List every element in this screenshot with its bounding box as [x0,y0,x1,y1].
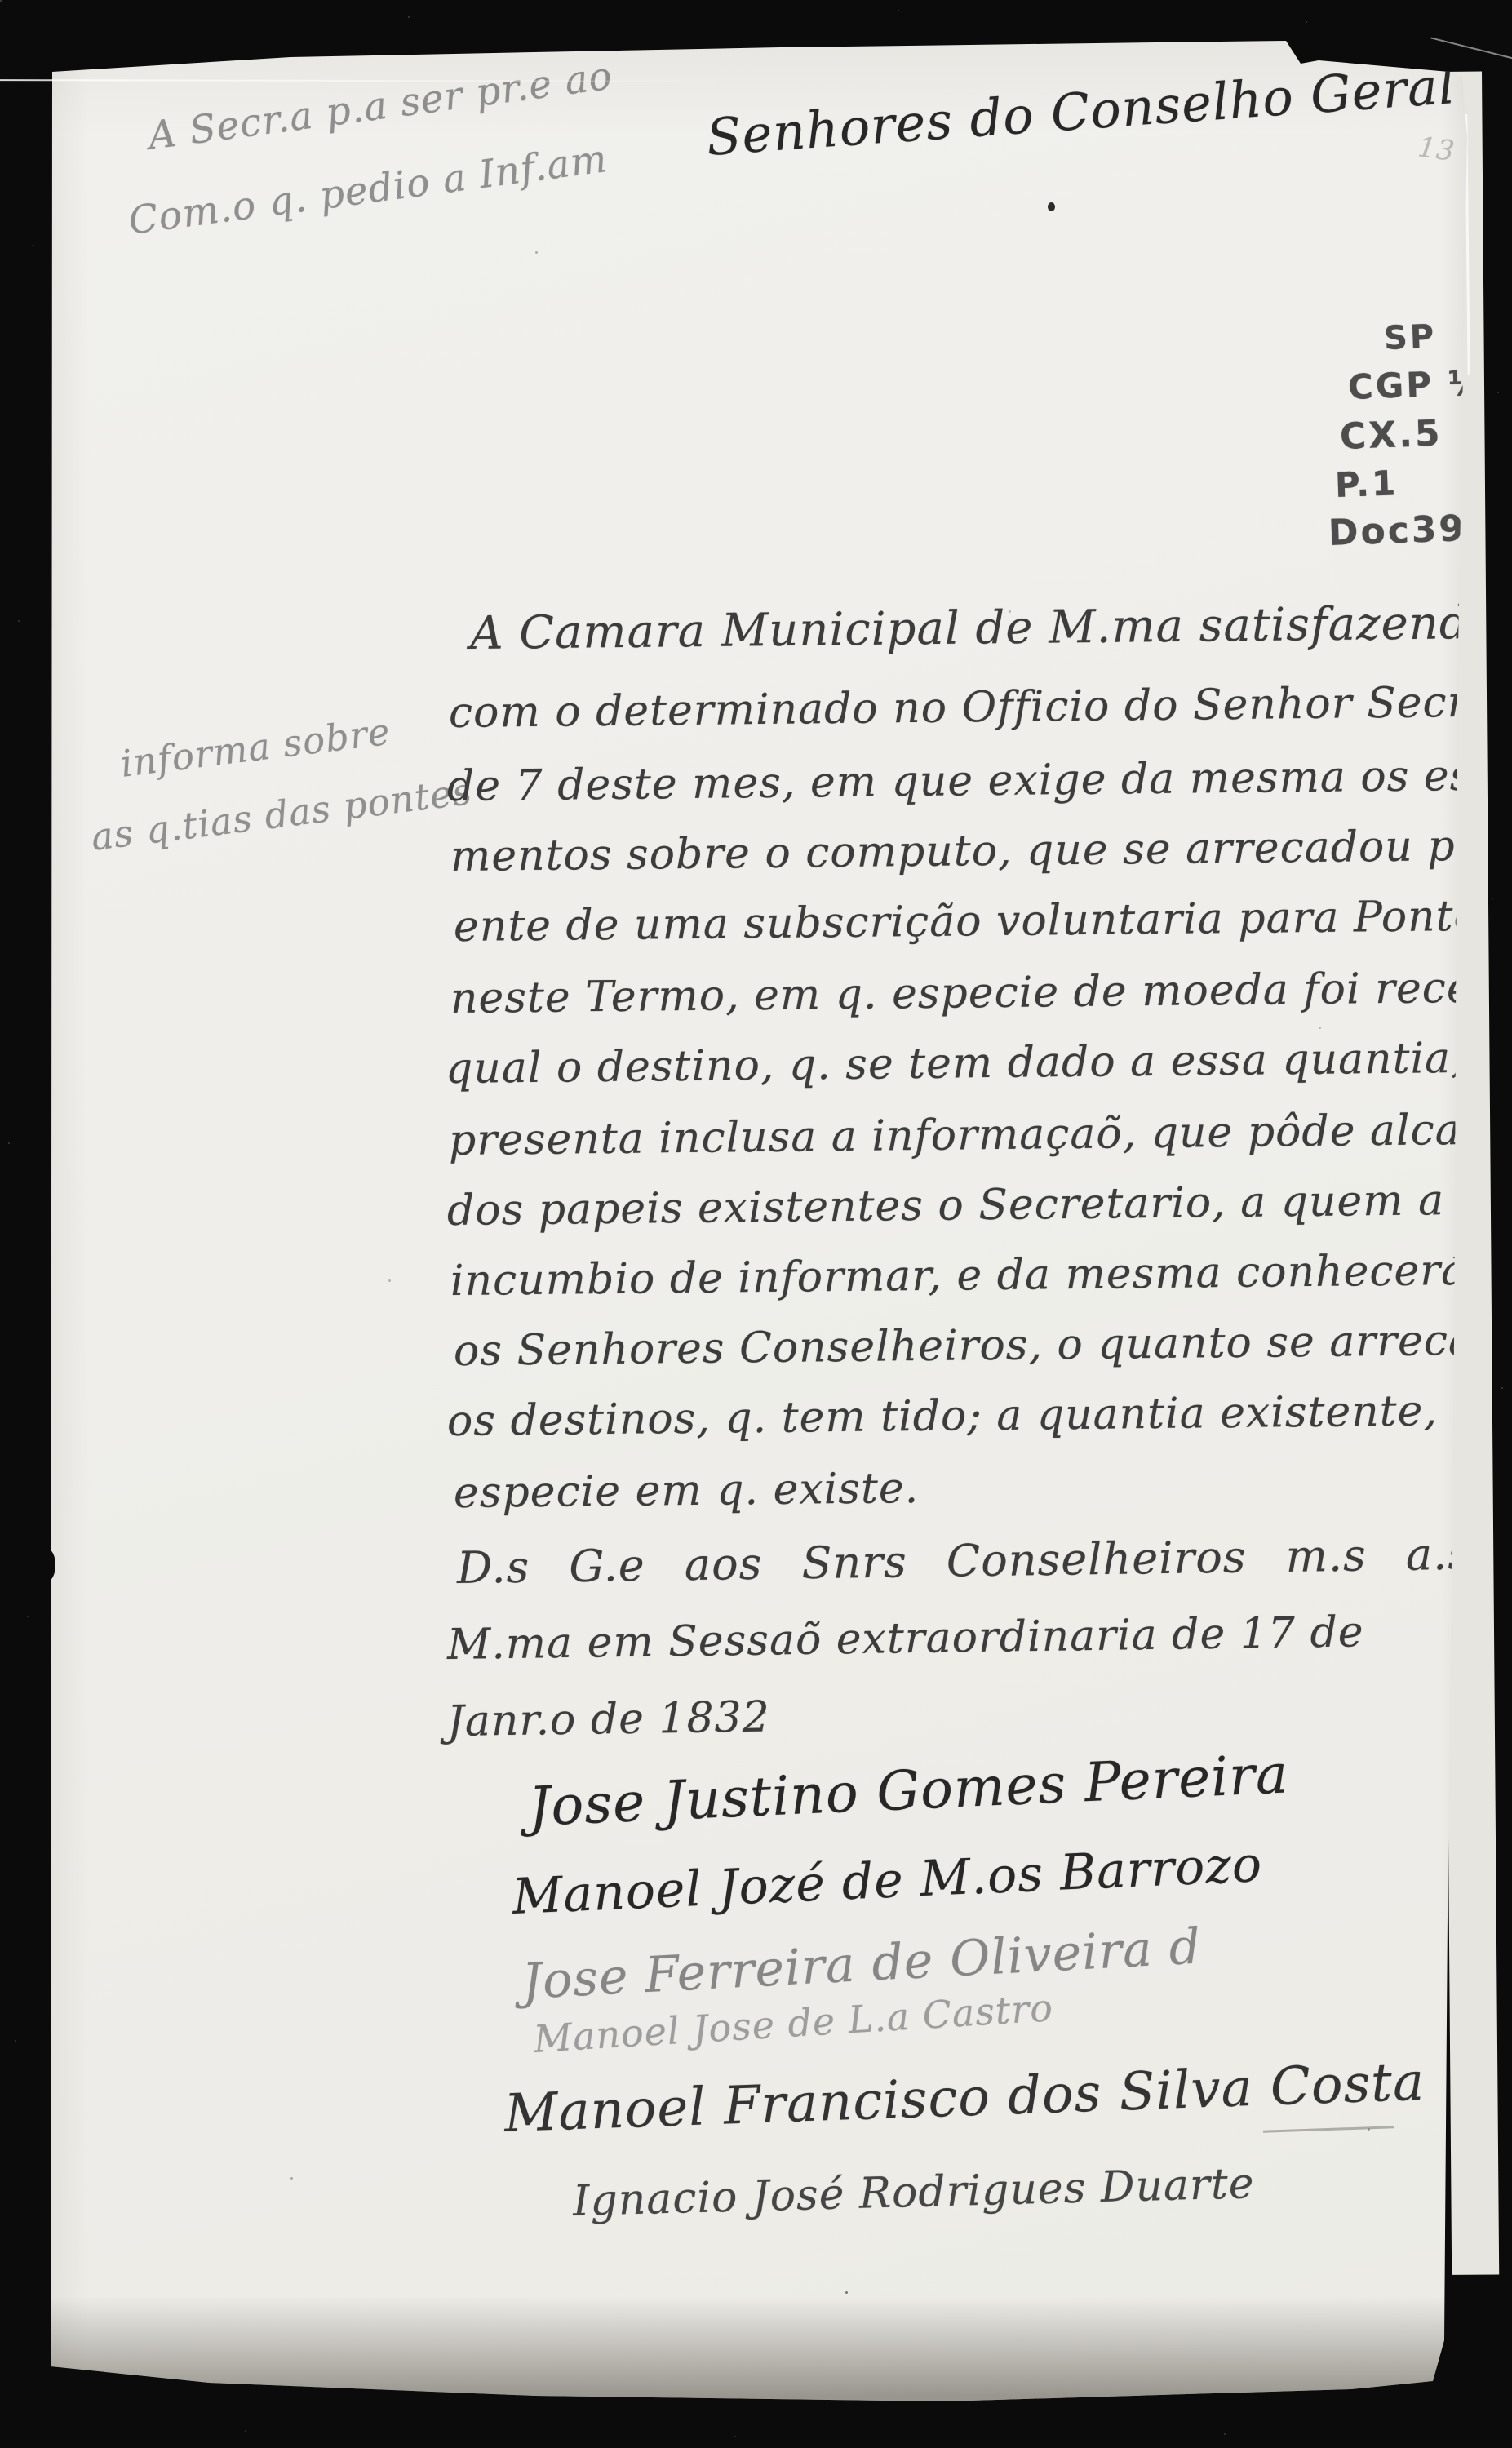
film-grain-speckles [0,0,2,2]
body-line: incumbio de informar, e da mesma conhece… [450,1246,1468,1306]
body-line: os destinos, q. tem tido; a quantia exis… [447,1386,1512,1446]
signature: Manoel Jozé de M.os Barrozo [511,1836,1263,1926]
scanned-manuscript-page: { "doc": { "pencil_note_top": { "lines":… [0,0,1512,2448]
body-line: ente de uma subscrição voluntaria para P… [454,892,1503,951]
archive-stamp-line: Doc39 [1328,508,1467,554]
body-line: presenta inclusa a informaçaõ, que pôde … [449,1105,1512,1165]
paper-specks [46,39,48,42]
ink-blot [1048,202,1055,211]
body-line: neste Termo, em q. especie de moeda foi … [450,962,1512,1023]
paper-edge-notch [1348,2409,1361,2430]
body-line: mentos sobre o computo, que se arrecadou… [450,820,1512,881]
margin-note-line: informa sobre [118,710,393,786]
page-number: 13 [1416,131,1457,168]
paper-edge-notch [39,1549,55,1581]
body-line: qual o destino, q. se tem dado a essa qu… [446,1033,1512,1093]
signature: Jose Justino Gomes Pereira [527,1742,1289,1838]
archive-stamp-line: SP [1383,318,1437,357]
pencil-note-line: A Secr.a p.a ser pr.e ao [145,53,614,158]
pencil-dash-mark [1263,2126,1394,2133]
closing-line: M.ma em Sessaõ extraordinaria de 17 de [447,1608,1364,1670]
body-line: de 7 deste mes, em que exige da mesma os… [447,750,1512,811]
body-line: dos papeis existentes o Secretario, a qu… [447,1174,1512,1235]
archive-stamp-line: CX.5 [1339,413,1443,458]
addressee-heading: Senhores do Conselho Geral [704,55,1457,167]
closing-line: Janr.o de 1832 [447,1692,771,1746]
paper: A Secr.a p.a ser pr.e ao Com.o q. pedio … [46,39,1483,2415]
signature: Ignacio José Rodrigues Duarte [572,2159,1255,2226]
body-line: os Senhores Conselheiros, o quanto se ar… [454,1315,1512,1376]
margin-note-line: as q.tias das pontes [89,769,475,859]
body-line: especie em q. existe. [454,1464,920,1518]
closing-line: D.s G.e aos Snrs Conselheiros m.s a.s [457,1528,1472,1594]
film-scratch-line [1430,37,1512,59]
body-line: com o determinado no Officio do Senhor S… [449,676,1512,738]
archive-stamp-line: P.1 [1334,463,1399,505]
body-line: A Camara Municipal de M.ma satisfazendo [470,596,1498,660]
